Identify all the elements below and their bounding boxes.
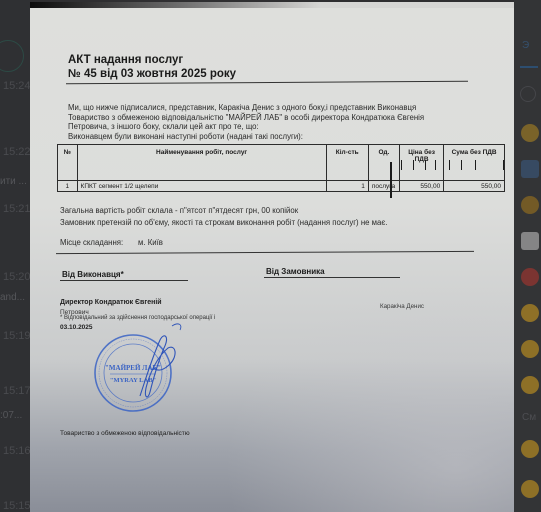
footer-company-name: Товариство з обмеженою відповідальністю	[60, 430, 190, 437]
smile-emoji-icon	[521, 376, 539, 394]
cell-name: КПКТ сегмент 1/2 щелепи	[77, 181, 326, 192]
search-icon	[520, 86, 536, 102]
from-executor-label: Від Виконавця*	[62, 270, 124, 279]
emoji-tab: Э	[522, 40, 529, 51]
chat-time: 15:24	[3, 80, 30, 92]
heart-emoji-icon	[521, 268, 539, 286]
sign-emoji-icon	[521, 160, 539, 178]
smile-emoji-icon	[521, 480, 539, 498]
table-vertical-mark	[390, 162, 392, 198]
section-divider	[56, 251, 474, 254]
col-name: Найменування робіт, послуг	[77, 145, 326, 181]
chat-snippet: :07...	[0, 410, 22, 421]
total-amount-text: Загальна вартість робіт склала - п"ятсот…	[60, 206, 298, 215]
chat-time: 15:21	[3, 203, 30, 215]
cell-number: 1	[58, 181, 78, 192]
trophy-emoji-icon	[521, 196, 539, 214]
intro-line: Виконавцем були виконані наступні роботи…	[68, 132, 488, 142]
chat-time: 15:19	[3, 330, 30, 342]
table-tick-marks	[397, 156, 505, 170]
chat-avatar	[0, 40, 24, 72]
col-qty: Кіл-сть	[326, 145, 368, 181]
chat-time: 15:17	[3, 385, 30, 397]
emoji-section-label: См	[522, 412, 536, 423]
cell-sum: 550,00	[444, 181, 505, 192]
chat-time: 15:22	[3, 146, 30, 158]
intro-line: Петровича, з іншого боку, склали цей акт…	[68, 122, 488, 132]
place-value: м. Київ	[138, 238, 163, 247]
background-emoji-panel: Э См	[514, 0, 541, 512]
chat-time: 15:15	[3, 500, 30, 512]
table-row: 1 КПКТ сегмент 1/2 щелепи 1 послуга 550,…	[58, 181, 505, 192]
smile-emoji-icon	[521, 340, 539, 358]
customer-signature-line	[264, 277, 400, 278]
intro-line: Товариство з обмеженою відповідальністю …	[68, 113, 488, 123]
chat-time: 15:16	[3, 445, 30, 457]
document-photo[interactable]: АКТ надання послуг № 45 від 03 жовтня 20…	[30, 2, 514, 512]
document-title: АКТ надання послуг	[68, 54, 183, 66]
from-customer-label: Від Замовника	[266, 267, 325, 276]
smile-emoji-icon	[521, 440, 539, 458]
chat-time: 15:20	[3, 271, 30, 283]
company-stamp-icon: "МАЙРЕЙ ЛАБ" "MYRAY LAB"	[88, 318, 188, 418]
emoji-tab-indicator	[520, 66, 538, 68]
claims-text: Замовник претензій по об'єму, якості та …	[60, 218, 387, 227]
cell-qty: 1	[326, 181, 368, 192]
chat-snippet: ити ...	[0, 176, 27, 187]
smile-emoji-icon	[521, 304, 539, 322]
background-chat-list: 15:24 15:22 ити ... 15:21 15:20 and... 1…	[0, 0, 30, 512]
place-label: Місце складання:	[60, 238, 123, 247]
col-number: №	[58, 145, 78, 181]
document-number: № 45 від 03 жовтня 2025 року	[68, 68, 236, 80]
act-document: АКТ надання послуг № 45 від 03 жовтня 20…	[30, 2, 514, 512]
customer-name: Каракіча Денис	[380, 303, 424, 310]
chat-snippet: and...	[0, 292, 25, 303]
bell-emoji-icon	[521, 124, 539, 142]
director-name: Директор Кондратюк Євгеній	[60, 299, 162, 306]
intro-line: Ми, що нижче підписалися, представник, К…	[68, 103, 488, 113]
cell-price: 550,00	[399, 181, 443, 192]
intro-paragraph: Ми, що нижче підписалися, представник, К…	[68, 103, 488, 141]
executor-signature-line	[60, 280, 188, 281]
col-unit: Од.	[368, 145, 399, 181]
calendar-emoji-icon	[521, 232, 539, 250]
cell-unit: послуга	[368, 181, 399, 192]
title-underline	[66, 81, 468, 84]
